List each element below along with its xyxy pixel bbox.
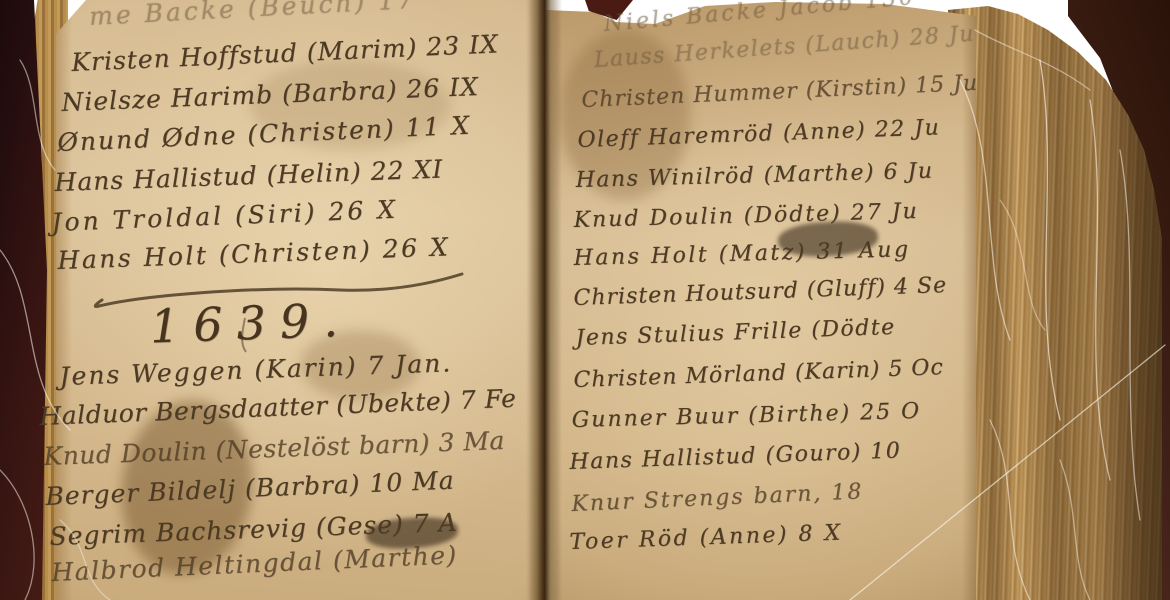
book-photo: me Backe (Beuch) 17 Kristen Hoffstud (Ma… — [0, 0, 1170, 600]
year-heading: 1639. — [149, 292, 352, 353]
book-gutter — [526, 0, 562, 600]
